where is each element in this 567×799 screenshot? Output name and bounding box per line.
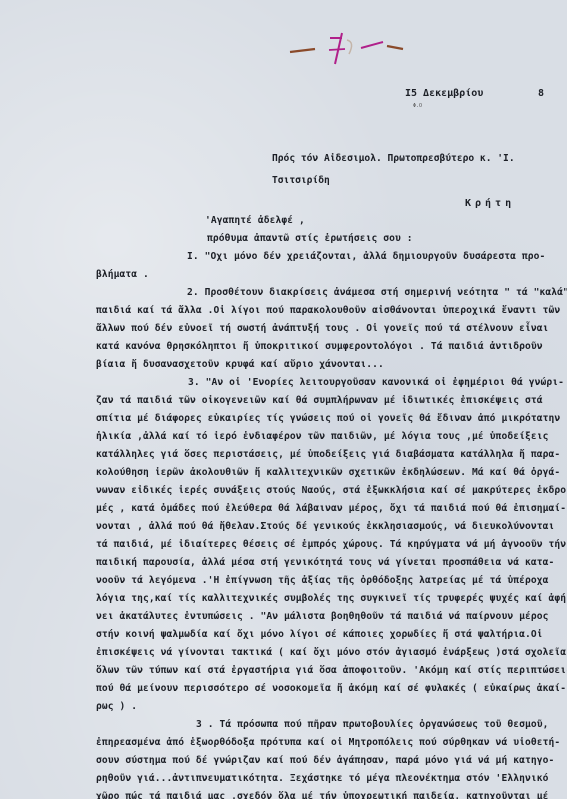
body-line: ἡλικία ,ἀλλά καί τό ἱερό ἐνδιαφέρον τῶν … xyxy=(96,431,552,443)
body-line: ἄλλων πού δέν εὐνοεῖ τή σωστή ἀνάπτυξή τ… xyxy=(96,323,552,335)
body-line: ἐπηρεασμένα ἀπό ἑξωορθόδοξα πρότυπα καί … xyxy=(96,737,552,749)
body-line: βλήματα . xyxy=(96,269,552,281)
body-line: νωναν εἰδικές ἱερές συνάξεις στούς Ναούς… xyxy=(96,485,552,497)
body-line: κατάλληλες γιά ὅσες περιστάσεις, μέ ὑποδ… xyxy=(96,449,552,461)
body-line: σουν σύστημα πού δέ γνώριζαν καί πού δέν… xyxy=(96,755,552,767)
body-line: παιδιά καί τά ἄλλα .Οἱ λίγοι πού παρακολ… xyxy=(96,305,552,317)
body-line: ζαν τά παιδιά τῶν οἰκογενειῶν καί θά συμ… xyxy=(96,395,552,407)
page-number: 8 xyxy=(538,88,544,99)
body-line: τά παιδιά, μέ ἰδιαίτερες θέσεις σέ ἐμπρό… xyxy=(96,539,552,551)
intro-line: πρόθυμα ἀπαντῶ στίς ἐρωτήσεις σου : xyxy=(207,233,567,245)
body-line: νονται , ἀλλά πού θά ἤθελαν.Στούς δέ γεν… xyxy=(96,521,552,533)
body-line: νει ἀκατάλυτες ἐντυπώσεις . "Αν μάλιστα … xyxy=(96,611,552,623)
body-line: 3. "Αν οἱ 'Ενορίες λειτουργοῦσαν κανονικ… xyxy=(188,377,567,389)
body-line: χῶρο πώς τά παιδιά μας ,σχεδόν ὅλα μέ τή… xyxy=(96,791,552,799)
body-line: ρως ) . xyxy=(96,701,552,713)
body-line: στήν κοινή ψαλμωδία καί ὄχι μόνο λίγοι σ… xyxy=(96,629,552,641)
body-line: σπίτια μέ διάφορες εὐκαιρίες τίς γνώσεις… xyxy=(96,413,552,425)
body-line: 3 . Τά πρόσωπα πού πῆραν πρωτοβουλίες ὀρ… xyxy=(196,719,567,731)
scanned-letter-page: I5 Δεκεμβρίου Φ.Ο 8 Πρός τόν Αἰδεσιμολ. … xyxy=(0,0,567,799)
body-line: ὅλων τῶν τύπων καί στά ἐργαστήρια γιά ὅσ… xyxy=(96,665,552,677)
body-line: βίαια ἤ δυσανασχετοῦν κρυφά καί αὔριο χά… xyxy=(96,359,552,371)
body-line: πού θά μείνουν περισσότερο σέ νοσοκομεῖα… xyxy=(96,683,552,695)
letter-date: I5 Δεκεμβρίου xyxy=(405,88,483,99)
handwritten-page-mark xyxy=(285,30,405,70)
salutation: 'Αγαπητέ ἀδελφέ , xyxy=(205,215,567,227)
body-line: λόγια της,καί τίς καλλιτεχνικές συμβολές… xyxy=(96,593,552,605)
body-line: κατά κανόνα θρησκόληπτοι ἤ ὑποκριτικοί σ… xyxy=(96,341,552,353)
body-line: 2. Προσθέτουν διακρίσεις ἀνάμεσα στή σημ… xyxy=(187,287,567,299)
body-line: παιδική παρουσία, ἀλλά μέσα στή γενικότη… xyxy=(96,557,552,569)
date-annotation: Φ.Ο xyxy=(413,103,422,109)
body-line: I. "Οχι μόνο δέν χρειάζονται, ἀλλά δημιο… xyxy=(187,251,567,263)
body-line: νοοῦν τά λεγόμενα .'Η ἐπίγνωση τῆς ἀξίας… xyxy=(96,575,552,587)
body-line: μές , κατά ὁμάδες πού ἐλεύθερα θά λάβαιν… xyxy=(96,503,552,515)
body-line: ρηθοῦν γιά...ἀντιπνευματικότητα. Ξεχάστη… xyxy=(96,773,552,785)
body-line: κολούθηση ἱερῶν ἀκολουθιῶν ἤ καλλιτεχνικ… xyxy=(96,467,552,479)
recipient-line-1: Πρός τόν Αἰδεσιμολ. Πρωτοπρεσβύτερο κ. '… xyxy=(272,153,515,164)
recipient-line-2: Τσιτσιρίδη xyxy=(272,175,330,186)
recipient-place: Κρήτη xyxy=(465,198,515,209)
body-line: ἐπισκέψεις νά γίνονται τακτικά ( καί ὄχι… xyxy=(96,647,552,659)
